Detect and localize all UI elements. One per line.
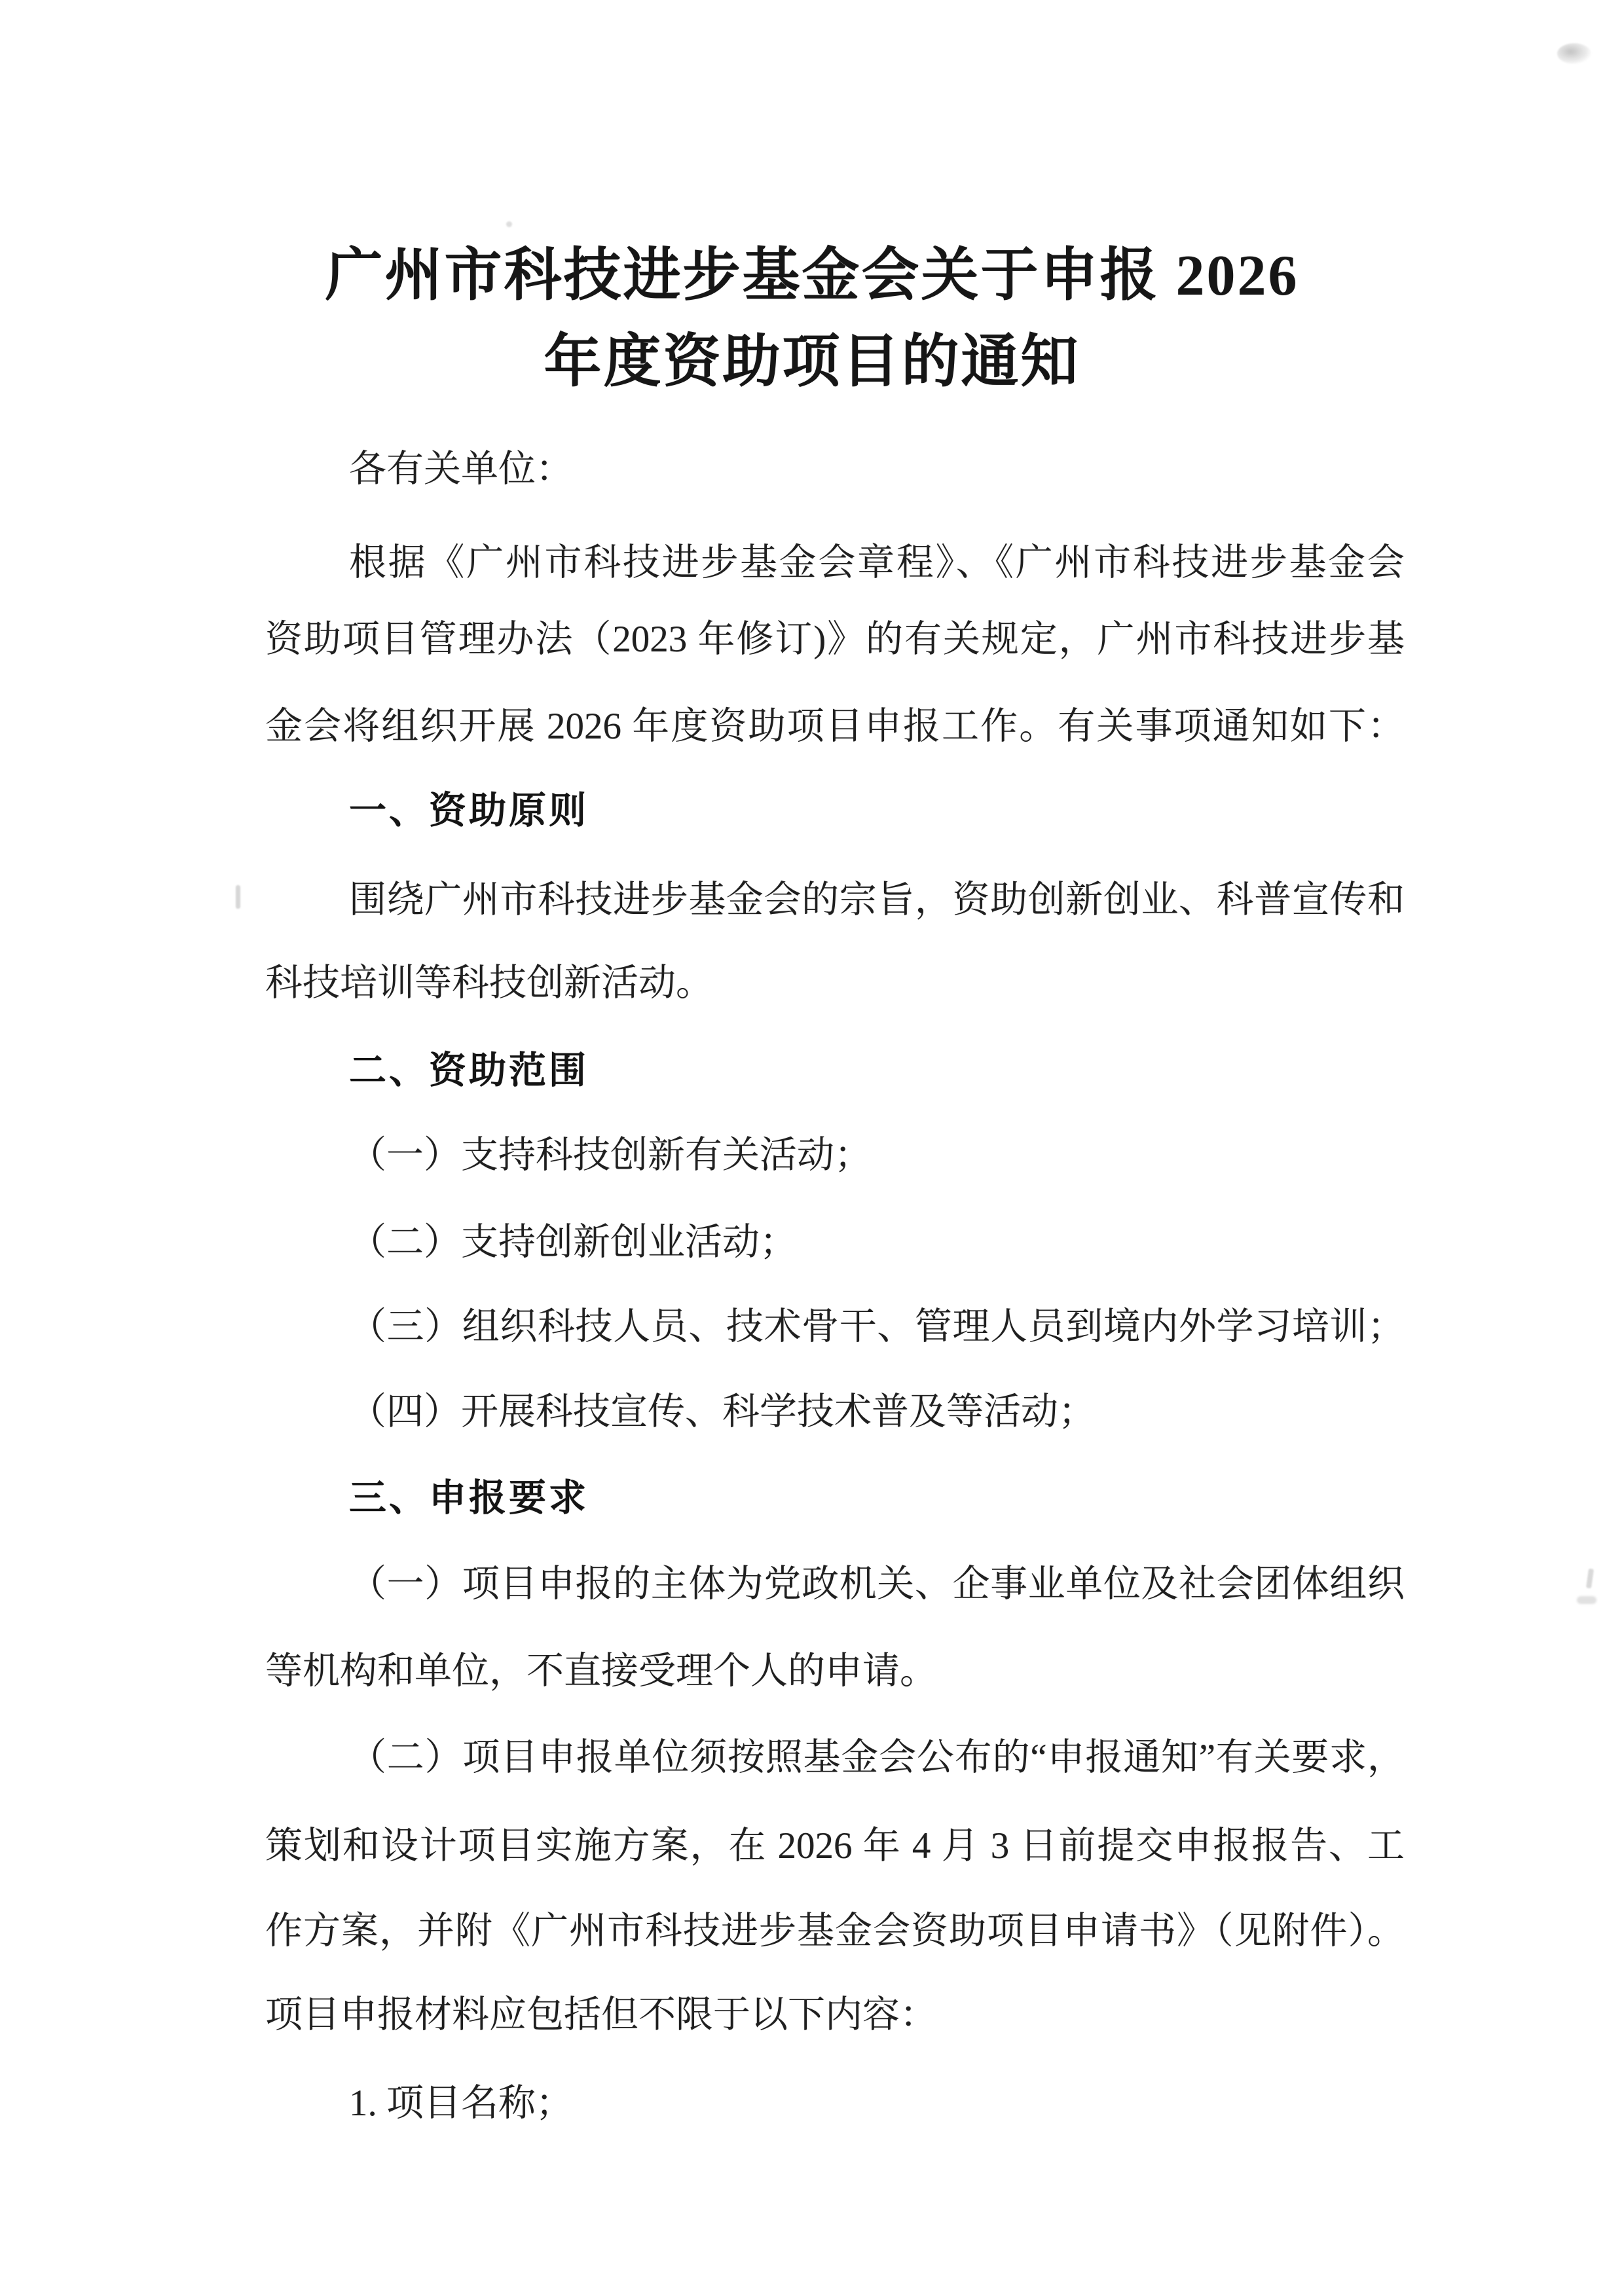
document-title-line-2: 年度资助项目的通知 (105, 329, 1519, 397)
intro-line-2: 资助项目管理办法（2023 年修订)》的有关规定，广州市科技进步基 (265, 615, 1405, 665)
section-1-line-1: 围绕广州市科技进步基金会的宗旨，资助创新创业、科普宣传和 (265, 875, 1405, 925)
section-3-numbered-item-1: 1. 项目名称； (265, 2079, 1405, 2128)
intro-line-3: 金会将组织开展 2026 年度资助项目申报工作。有关事项通知如下： (265, 702, 1405, 752)
section-2-item-3: （三）组织科技人员、技术骨干、管理人员到境内外学习培训； (265, 1302, 1405, 1352)
section-2-item-1: （一）支持科技创新有关活动； (265, 1131, 1405, 1180)
section-3-item-1-line-2: 等机构和单位，不直接受理个人的申请。 (265, 1647, 1405, 1696)
scanned-notice-page: 广州市科技进步基金会关于申报 2026 年度资助项目的通知 各有关单位： 根据《… (0, 0, 1624, 2296)
section-1-heading: 一、资助原则 (265, 786, 1405, 835)
section-2-item-2: （二）支持创新创业活动； (265, 1218, 1405, 1267)
section-2-item-4: （四）开展科技宣传、科学技术普及等活动； (265, 1387, 1405, 1437)
section-3-item-2-line-2: 策划和设计项目实施方案，在 2026 年 4 月 3 日前提交申报报告、工 (265, 1821, 1405, 1871)
section-3-item-2-line-3: 作方案，并附《广州市科技进步基金会资助项目申请书》（见附件）。 (265, 1906, 1405, 1956)
section-1-line-2: 科技培训等科技创新活动。 (265, 958, 1405, 1008)
scan-mark-right-1 (1586, 1569, 1594, 1589)
document-title-line-1: 广州市科技进步基金会关于申报 2026 (105, 242, 1519, 310)
section-3-item-2-line-1: （二）项目申报单位须按照基金会公布的“申报通知”有关要求， (265, 1733, 1405, 1783)
intro-line-1: 根据《广州市科技进步基金会章程》、《广州市科技进步基金会 (265, 538, 1405, 588)
scan-dot-above-title (506, 221, 512, 227)
section-2-heading: 二、资助范围 (265, 1046, 1405, 1095)
scan-smudge-top-right (1557, 43, 1591, 64)
section-3-item-1-line-1: （一）项目申报的主体为党政机关、企事业单位及社会团体组织 (265, 1559, 1405, 1609)
section-3-materials-intro: 项目申报材料应包括但不限于以下内容： (265, 1990, 1405, 2040)
scan-mark-right-2 (1577, 1596, 1596, 1604)
scan-tick-left-margin (236, 885, 240, 909)
salutation: 各有关单位： (265, 445, 1405, 494)
section-3-heading: 三、申报要求 (265, 1473, 1405, 1523)
